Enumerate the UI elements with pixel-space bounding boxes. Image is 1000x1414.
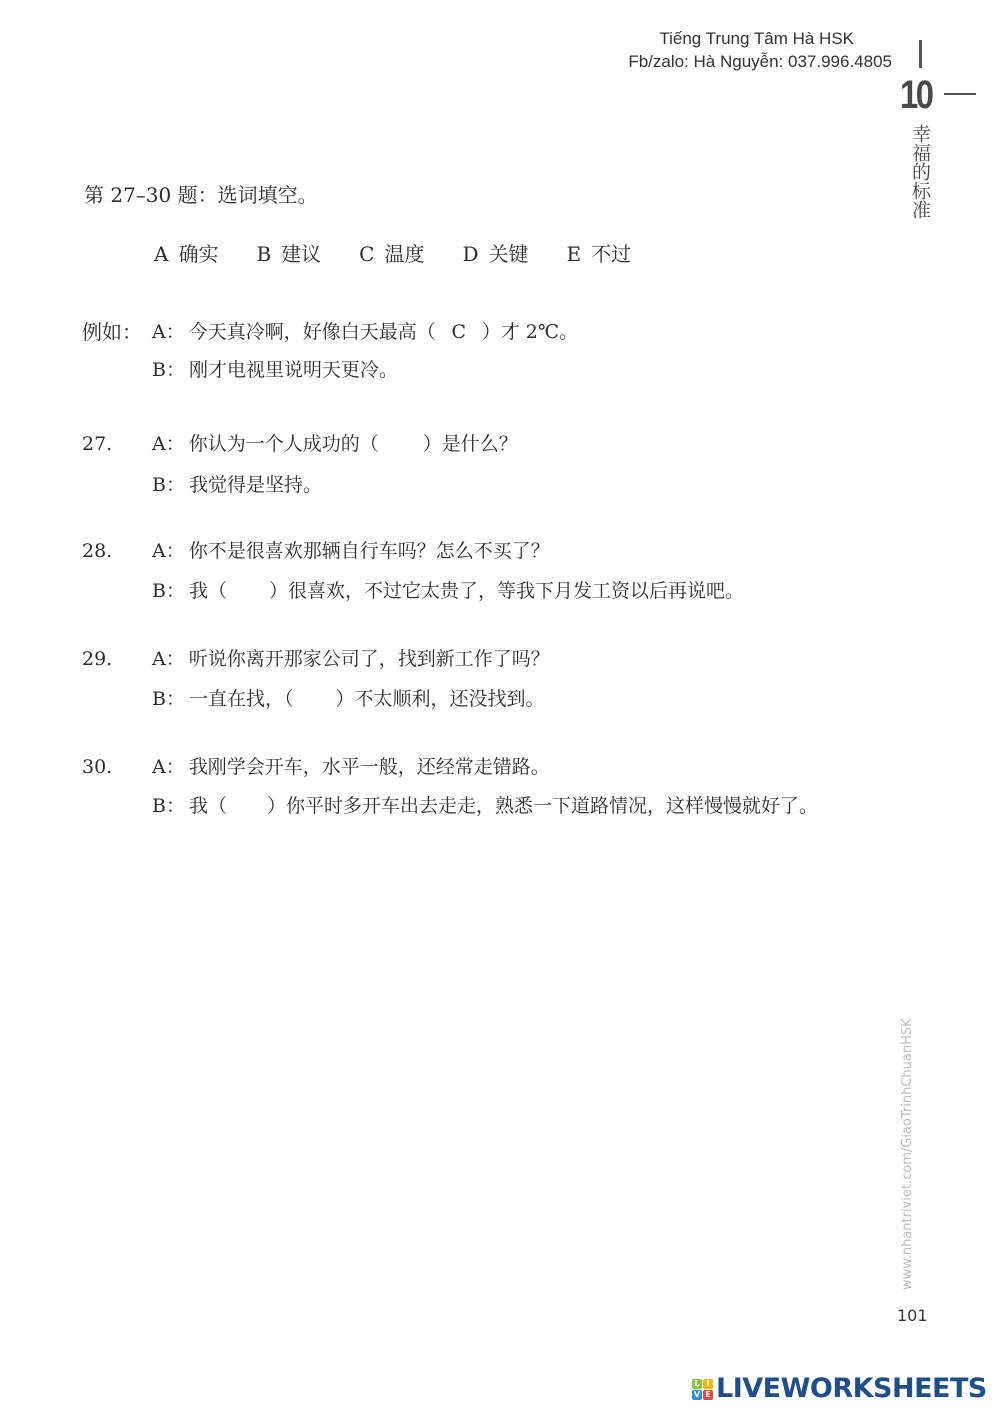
q27-a-before: 你认为一个人成功的（ — [189, 433, 379, 455]
speaker-a: A： — [152, 321, 185, 343]
speaker-a: A： — [152, 540, 185, 562]
example-line-b: B：刚才电视里说明天更冷。 — [152, 357, 398, 383]
logo-cell-e: E — [703, 1390, 713, 1400]
question-29-line-a: A：听说你离开那家公司了，找到新工作了吗？ — [152, 646, 550, 672]
q30-a-text: 我刚学会开车，水平一般，还经常走错路。 — [189, 756, 550, 778]
speaker-b: B： — [152, 580, 185, 602]
logo-cell-l: L — [692, 1379, 702, 1389]
question-number-29: 29. — [82, 646, 112, 672]
q29-b-after: ）不太顺利，还没找到。 — [335, 688, 544, 710]
q29-b-before: 一直在找，（ — [189, 688, 294, 710]
q29-a-text: 听说你离开那家公司了，找到新工作了吗？ — [189, 648, 550, 670]
answer-input-30[interactable] — [227, 795, 267, 817]
speaker-a: A： — [152, 433, 185, 455]
option-a: A 确实 — [154, 240, 218, 268]
q30-b-after: ）你平时多开车出去走走，熟悉一下道路情况，这样慢慢就好了。 — [267, 795, 818, 817]
logo-cell-v: V — [692, 1390, 702, 1400]
option-word: 确实 — [178, 240, 218, 268]
chapter-number: 10 — [900, 73, 932, 117]
side-watermark-url: www.nhantriviet.com/GiaoTrinhChuanHSK — [900, 995, 920, 1290]
option-d: D 关键 — [462, 240, 528, 268]
answer-input-28[interactable] — [227, 580, 269, 602]
page-number: 101 — [897, 1306, 928, 1325]
option-word: 关键 — [489, 240, 529, 268]
question-number-30: 30. — [82, 754, 112, 780]
q28-a-text: 你不是很喜欢那辆自行车吗？怎么不买了？ — [189, 540, 550, 562]
question-28-line-a: A：你不是很喜欢那辆自行车吗？怎么不买了？ — [152, 538, 550, 564]
q27-a-after: ）是什么？ — [423, 433, 518, 455]
speaker-a: A： — [152, 756, 185, 778]
option-c: C 温度 — [359, 240, 424, 268]
word-bank: A 确实 B 建议 C 温度 D 关键 E 不过 — [154, 240, 669, 268]
question-28-line-b: B：我（）很喜欢，不过它太贵了，等我下月发工资以后再说吧。 — [152, 578, 744, 604]
q27-b-text: 我觉得是坚持。 — [189, 474, 322, 496]
option-letter: D — [462, 240, 478, 268]
q30-b-before: 我（ — [189, 795, 227, 817]
question-number-28: 28. — [82, 538, 112, 564]
example-line-a: A：今天真冷啊，好像白天最高（C）才 2℃。 — [152, 319, 578, 345]
header-line-1: Tiếng Trung Tâm Hà HSK — [628, 27, 892, 50]
option-letter: E — [567, 240, 582, 268]
question-27-line-b: B：我觉得是坚持。 — [152, 472, 322, 498]
question-30-line-a: A：我刚学会开车，水平一般，还经常走错路。 — [152, 754, 550, 780]
question-30-line-b: B：我（）你平时多开车出去走走，熟悉一下道路情况，这样慢慢就好了。 — [152, 793, 818, 819]
speaker-a: A： — [152, 648, 185, 670]
example-a-before: 今天真冷啊，好像白天最高（ — [189, 321, 436, 343]
chapter-title: 幸福的标准 — [906, 124, 930, 219]
answer-input-29[interactable] — [293, 688, 335, 710]
header-line-2: Fb/zalo: Hà Nguyễn: 037.996.4805 — [628, 50, 892, 73]
question-29-line-b: B：一直在找，（）不太顺利，还没找到。 — [152, 686, 545, 712]
chapter-divider-vertical — [919, 40, 922, 68]
logo-cell-i: I — [703, 1379, 713, 1389]
question-27-line-a: A：你认为一个人成功的（）是什么？ — [152, 431, 518, 457]
option-letter: B — [256, 240, 271, 268]
speaker-b: B： — [152, 474, 185, 496]
option-b: B 建议 — [256, 240, 321, 268]
speaker-b: B： — [152, 359, 185, 381]
chapter-divider-horizontal — [944, 93, 976, 95]
speaker-b: B： — [152, 688, 185, 710]
option-word: 温度 — [384, 240, 424, 268]
q28-b-before: 我（ — [189, 580, 227, 602]
option-letter: C — [359, 240, 374, 268]
option-word: 不过 — [591, 240, 631, 268]
example-label: 例如： — [82, 319, 142, 345]
exercise-instruction: 第 27–30 题：选词填空。 — [84, 181, 318, 209]
liveworksheets-logo: L I V E LIVEWORKSHEETS — [692, 1374, 987, 1404]
live-icon: L I V E — [692, 1379, 713, 1400]
option-e: E 不过 — [567, 240, 632, 268]
example-b-text: 刚才电视里说明天更冷。 — [189, 359, 398, 381]
q28-b-after: ）很喜欢，不过它太贵了，等我下月发工资以后再说吧。 — [269, 580, 744, 602]
question-number-27: 27. — [82, 431, 112, 457]
option-letter: A — [154, 240, 168, 268]
example-answer: C — [436, 319, 482, 345]
logo-text: LIVEWORKSHEETS — [716, 1374, 987, 1404]
example-a-after: ）才 2℃。 — [482, 321, 578, 343]
publisher-header: Tiếng Trung Tâm Hà HSK Fb/zalo: Hà Nguyễ… — [628, 27, 892, 73]
speaker-b: B： — [152, 795, 185, 817]
answer-input-27[interactable] — [379, 433, 423, 455]
option-word: 建议 — [281, 240, 321, 268]
